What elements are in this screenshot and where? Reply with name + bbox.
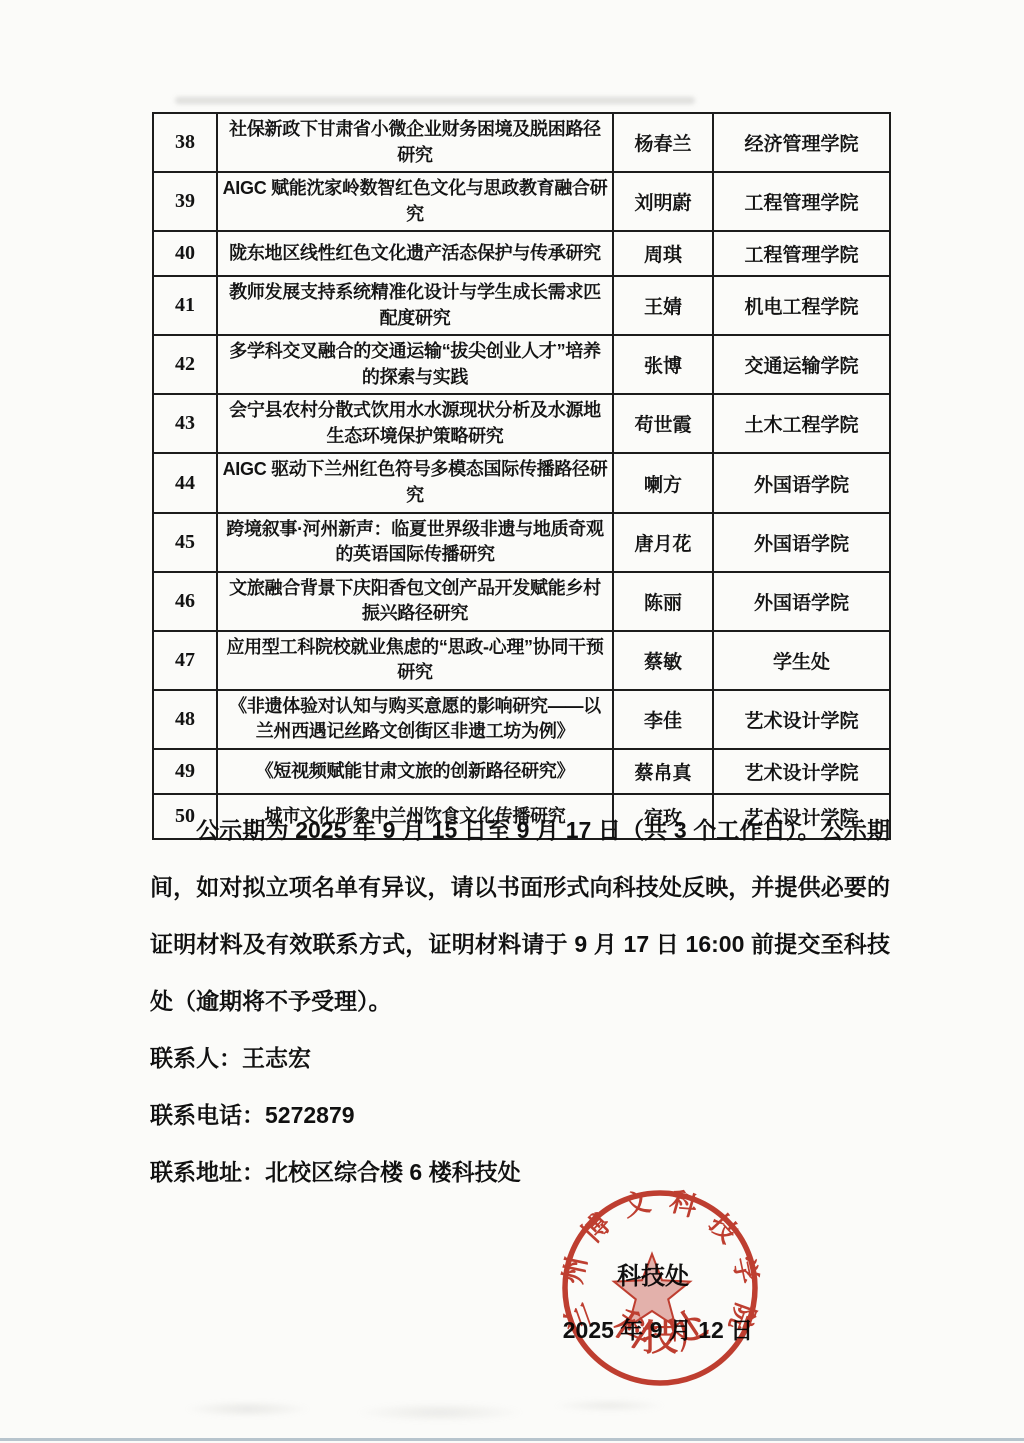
- table-row: 46文旅融合背景下庆阳香包文创产品开发赋能乡村振兴路径研究陈丽外国语学院: [153, 572, 890, 631]
- cell-name: 陈丽: [613, 572, 713, 631]
- scan-smudge-bottom: [55, 1392, 825, 1426]
- cell-title: 教师发展支持系统精准化设计与学生成长需求匹配度研究: [217, 276, 613, 335]
- cell-title: AIGC 驱动下兰州红色符号多模态国际传播路径研究: [217, 453, 613, 512]
- cell-college: 外国语学院: [713, 572, 890, 631]
- cell-no: 46: [153, 572, 217, 631]
- cell-college: 学生处: [713, 631, 890, 690]
- cell-no: 38: [153, 113, 217, 172]
- scan-smudge-top: [175, 97, 695, 104]
- cell-name: 蔡帛真: [613, 749, 713, 794]
- cell-college: 艺术设计学院: [713, 749, 890, 794]
- cell-college: 工程管理学院: [713, 172, 890, 231]
- contact-phone: 联系电话：5272879: [150, 1097, 355, 1130]
- cell-title: 《非遗体验对认知与购买意愿的影响研究——以兰州西遇记丝路文创街区非遗工坊为例》: [217, 690, 613, 749]
- project-table-body: 38社保新政下甘肃省小微企业财务困境及脱困路径研究杨春兰经济管理学院39AIGC…: [153, 113, 890, 839]
- cell-no: 49: [153, 749, 217, 794]
- table-row: 38社保新政下甘肃省小微企业财务困境及脱困路径研究杨春兰经济管理学院: [153, 113, 890, 172]
- table-row: 47应用型工科院校就业焦虑的“思政-心理”协同干预研究蔡敏学生处: [153, 631, 890, 690]
- cell-name: 蔡敏: [613, 631, 713, 690]
- cell-college: 土木工程学院: [713, 394, 890, 453]
- table-row: 44AIGC 驱动下兰州红色符号多模态国际传播路径研究喇方外国语学院: [153, 453, 890, 512]
- official-seal-stamp: 兰州博文科技学院 科技处: [550, 1178, 780, 1408]
- table-row: 39AIGC 赋能沈家岭数智红色文化与思政教育融合研究刘明蔚工程管理学院: [153, 172, 890, 231]
- table-row: 48《非遗体验对认知与购买意愿的影响研究——以兰州西遇记丝路文创街区非遗工坊为例…: [153, 690, 890, 749]
- cell-no: 40: [153, 231, 217, 276]
- cell-college: 外国语学院: [713, 453, 890, 512]
- notice-paragraph: 公示期为 2025 年 9 月 15 日至 9 月 17 日（共 3 个工作日）…: [150, 802, 890, 1030]
- cell-college: 经济管理学院: [713, 113, 890, 172]
- scan-edge-line: [0, 1438, 1024, 1441]
- cell-no: 43: [153, 394, 217, 453]
- signature-date: 2025 年 9 月 12 日: [543, 1312, 773, 1345]
- cell-title: 文旅融合背景下庆阳香包文创产品开发赋能乡村振兴路径研究: [217, 572, 613, 631]
- cell-title: 多学科交叉融合的交通运输“拔尖创业人才”培养的探索与实践: [217, 335, 613, 394]
- document-page: 38社保新政下甘肃省小微企业财务困境及脱困路径研究杨春兰经济管理学院39AIGC…: [0, 0, 1024, 1443]
- table-row: 42多学科交叉融合的交通运输“拔尖创业人才”培养的探索与实践张博交通运输学院: [153, 335, 890, 394]
- cell-no: 45: [153, 513, 217, 572]
- cell-college: 外国语学院: [713, 513, 890, 572]
- cell-name: 周琪: [613, 231, 713, 276]
- cell-college: 交通运输学院: [713, 335, 890, 394]
- signature-department: 科技处: [573, 1256, 733, 1291]
- cell-title: AIGC 赋能沈家岭数智红色文化与思政教育融合研究: [217, 172, 613, 231]
- cell-no: 48: [153, 690, 217, 749]
- cell-no: 39: [153, 172, 217, 231]
- cell-name: 张博: [613, 335, 713, 394]
- cell-college: 工程管理学院: [713, 231, 890, 276]
- cell-name: 李佳: [613, 690, 713, 749]
- cell-no: 42: [153, 335, 217, 394]
- cell-no: 41: [153, 276, 217, 335]
- cell-no: 47: [153, 631, 217, 690]
- cell-name: 唐月花: [613, 513, 713, 572]
- cell-title: 陇东地区线性红色文化遗产活态保护与传承研究: [217, 231, 613, 276]
- cell-title: 《短视频赋能甘肃文旅的创新路径研究》: [217, 749, 613, 794]
- contact-address: 联系地址：北校区综合楼 6 楼科技处: [150, 1154, 521, 1187]
- cell-title: 应用型工科院校就业焦虑的“思政-心理”协同干预研究: [217, 631, 613, 690]
- cell-name: 喇方: [613, 453, 713, 512]
- table-row: 43会宁县农村分散式饮用水水源现状分析及水源地生态环境保护策略研究苟世霞土木工程…: [153, 394, 890, 453]
- table-row: 49《短视频赋能甘肃文旅的创新路径研究》蔡帛真艺术设计学院: [153, 749, 890, 794]
- table-row: 45跨境叙事·河州新声：临夏世界级非遗与地质奇观的英语国际传播研究唐月花外国语学…: [153, 513, 890, 572]
- cell-title: 会宁县农村分散式饮用水水源现状分析及水源地生态环境保护策略研究: [217, 394, 613, 453]
- table-row: 40陇东地区线性红色文化遗产活态保护与传承研究周琪工程管理学院: [153, 231, 890, 276]
- cell-name: 杨春兰: [613, 113, 713, 172]
- cell-name: 苟世霞: [613, 394, 713, 453]
- cell-title: 跨境叙事·河州新声：临夏世界级非遗与地质奇观的英语国际传播研究: [217, 513, 613, 572]
- cell-no: 44: [153, 453, 217, 512]
- cell-name: 刘明蔚: [613, 172, 713, 231]
- cell-title: 社保新政下甘肃省小微企业财务困境及脱困路径研究: [217, 113, 613, 172]
- project-table: 38社保新政下甘肃省小微企业财务困境及脱困路径研究杨春兰经济管理学院39AIGC…: [152, 112, 891, 840]
- cell-college: 机电工程学院: [713, 276, 890, 335]
- table-row: 41教师发展支持系统精准化设计与学生成长需求匹配度研究王婧机电工程学院: [153, 276, 890, 335]
- cell-name: 王婧: [613, 276, 713, 335]
- contact-person: 联系人：王志宏: [150, 1040, 311, 1073]
- cell-college: 艺术设计学院: [713, 690, 890, 749]
